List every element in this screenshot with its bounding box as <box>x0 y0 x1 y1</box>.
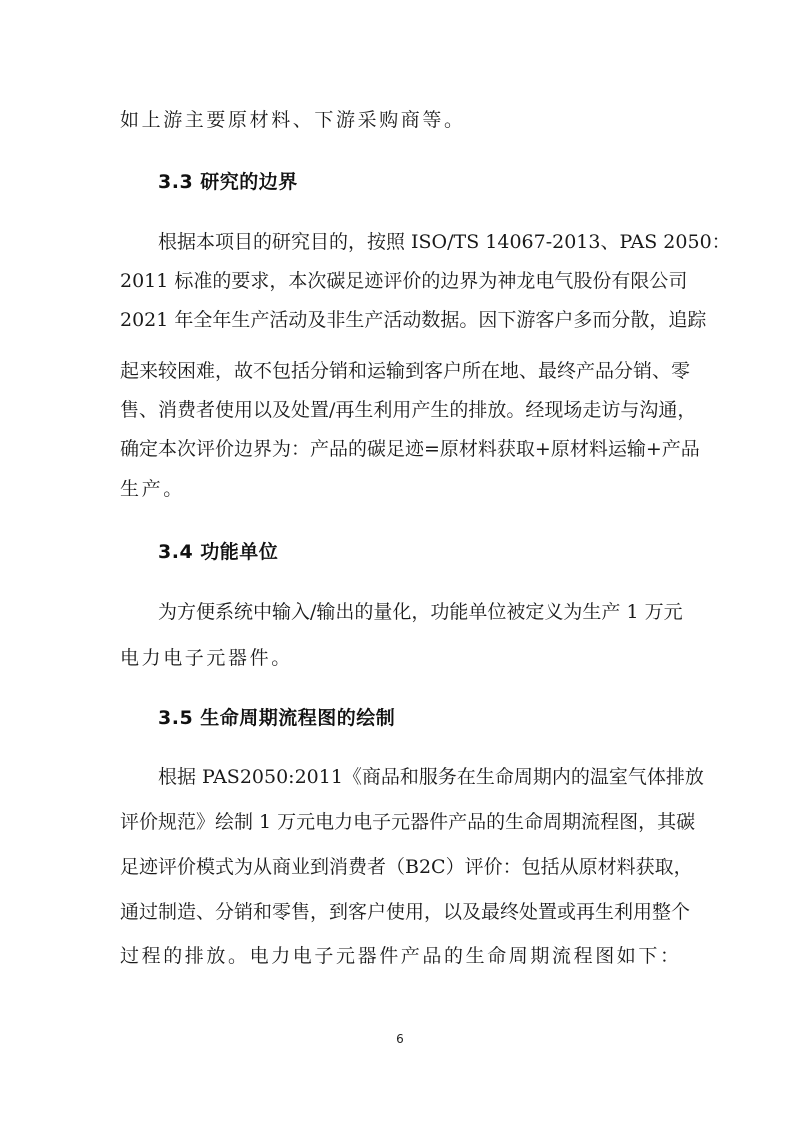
section-heading-3-5: 3.5 生命周期流程图的绘制 <box>158 706 395 730</box>
paragraph-line: 根据 PAS2050:2011《商品和服务在生命周期内的温室气体排放 <box>158 765 680 789</box>
document-page: 如上游主要原材料、下游采购商等。 3.3 研究的边界 根据本项目的研究目的，按照… <box>0 0 800 1132</box>
paragraph-line: 为方便系统中输入/输出的量化，功能单位被定义为生产 1 万元 <box>158 600 680 624</box>
paragraph-line: 生产。 <box>120 477 680 501</box>
paragraph-line: 售、消费者使用以及处置/再生利用产生的排放。经现场走访与沟通， <box>120 398 680 422</box>
page-number: 6 <box>0 1032 800 1046</box>
paragraph-line: 过程的排放。电力电子元器件产品的生命周期流程图如下： <box>120 944 680 968</box>
paragraph-line: 起来较困难，故不包括分销和运输到客户所在地、最终产品分销、零 <box>120 359 680 383</box>
paragraph-line: 确定本次评价边界为：产品的碳足迹=原材料获取+原材料运输+产品 <box>120 437 680 461</box>
paragraph-line: 根据本项目的研究目的，按照 ISO/TS 14067-2013、PAS 2050… <box>158 230 680 254</box>
paragraph-line: 2021 年全年生产活动及非生产活动数据。因下游客户多而分散，追踪 <box>120 308 680 332</box>
paragraph-line: 通过制造、分销和零售，到客户使用，以及最终处置或再生利用整个 <box>120 900 680 924</box>
section-heading-3-4: 3.4 功能单位 <box>158 540 278 564</box>
paragraph-line: 足迹评价模式为从商业到消费者（B2C）评价：包括从原材料获取， <box>120 855 680 879</box>
paragraph-line: 评价规范》绘制 1 万元电力电子元器件产品的生命周期流程图，其碳 <box>120 810 680 834</box>
paragraph-line: 如上游主要原材料、下游采购商等。 <box>120 108 680 132</box>
section-heading-3-3: 3.3 研究的边界 <box>158 170 298 194</box>
paragraph-line: 2011 标准的要求，本次碳足迹评价的边界为神龙电气股份有限公司 <box>120 269 680 293</box>
paragraph-line: 电力电子元器件。 <box>120 646 680 670</box>
